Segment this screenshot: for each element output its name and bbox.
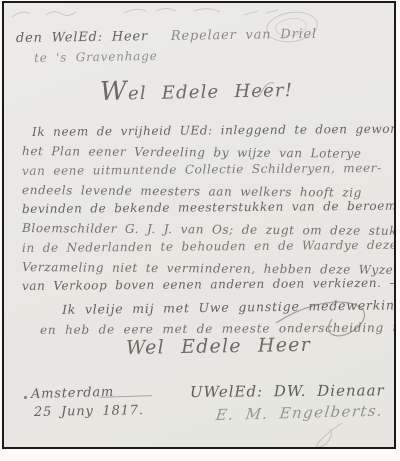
valediction: Wel Edele Heer	[126, 334, 311, 359]
address-prefix: den WelEd: Heer	[16, 29, 148, 46]
body-line: van Verkoop boven eenen anderen doen ver…	[22, 276, 388, 298]
address-place: te 's Gravenhage	[34, 49, 158, 65]
salutation: Wel Edele Heer!	[100, 73, 294, 107]
letter-scan: den WelEd: Heer Repelaer van Driel te 's…	[2, 1, 396, 449]
signature-title: UWelEd: DW. Dienaar	[190, 381, 385, 401]
body-line: Ik neem de vrijheid UEd: inleggend te do…	[22, 122, 388, 144]
dateline-date: 25 Juny 1817.	[34, 403, 144, 420]
address-line: den WelEd: Heer Repelaer van Driel	[16, 27, 317, 46]
addressee-name: Repelaer van Driel	[171, 27, 317, 44]
signature-name: E. M. Engelberts.	[215, 402, 384, 424]
closing-line: Ik vleije mij met Uwe gunstige medewerki…	[62, 297, 396, 317]
pen-dot-mark	[24, 396, 27, 399]
letter-body: Ik neem de vrijheid UEd: inleggend te do…	[22, 125, 388, 299]
body-line: van eene uitmuntende Collectie Schildery…	[22, 160, 388, 182]
signature-flourish-icon	[300, 421, 360, 449]
body-line: bevinden de bekende meesterstukken van d…	[22, 199, 388, 221]
body-line: in de Nederlanden te behouden en de Waar…	[22, 238, 388, 260]
dateline-place: Amsterdam	[31, 385, 114, 402]
